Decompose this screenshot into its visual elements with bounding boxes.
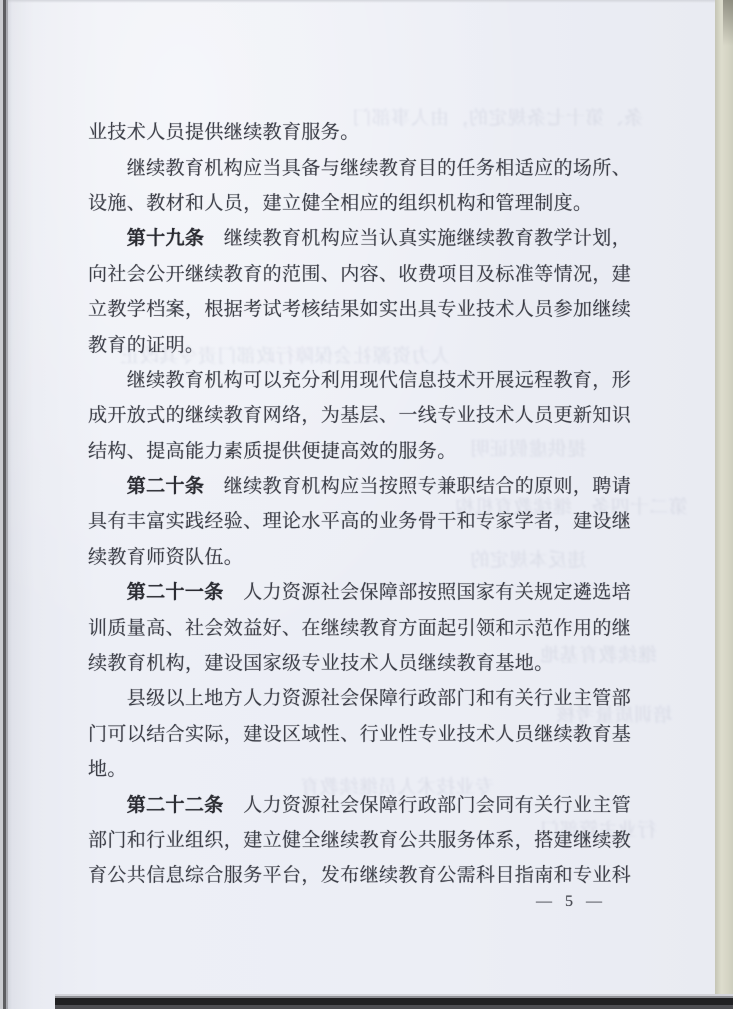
text-line: 续教育机构，建设国家级专业技术人员继续教育基地。 xyxy=(88,644,650,679)
text-line: 第二十二条 人力资源社会保障行政部门会同有关行业主管 xyxy=(88,785,650,820)
scan-left-edge xyxy=(0,0,12,1009)
text-line: 第二十一条 人力资源社会保障部按照国家有关规定遴选培 xyxy=(88,573,650,608)
text-segment: 向社会公开继续教育的范围、内容、收费项目及标准等情况，建 xyxy=(88,259,631,286)
article-heading: 第二十一条 xyxy=(127,577,224,604)
text-segment: 业技术人员提供继续教育服务。 xyxy=(88,117,360,144)
text-segment: 部门和行业组织，建立健全继续教育公共服务体系，搭建继续教 xyxy=(88,825,631,852)
text-segment: 训质量高、社会效益好、在继续教育方面起引领和示范作用的继 xyxy=(88,613,631,640)
text-line: 地。 xyxy=(88,750,650,785)
text-line: 立教学档案，根据考试考核结果如实出具专业技术人员参加继续 xyxy=(88,290,650,325)
text-line: 教育的证明。 xyxy=(88,325,650,360)
text-line: 县级以上地方人力资源社会保障行政部门和有关行业主管部 xyxy=(88,679,650,714)
text-segment: 县级以上地方人力资源社会保障行政部门和有关行业主管部 xyxy=(127,683,631,710)
text-line: 育公共信息综合服务平台，发布继续教育公需科目指南和专业科 xyxy=(88,856,650,891)
text-segment: 地。 xyxy=(88,754,127,781)
text-segment: 成开放式的继续教育网络，为基层、一线专业技术人员更新知识 xyxy=(88,400,631,427)
text-segment: 人力资源社会保障部按照国家有关规定遴选培 xyxy=(224,577,631,604)
text-segment: 教育的证明。 xyxy=(88,330,204,357)
text-segment: 人力资源社会保障行政部门会同有关行业主管 xyxy=(224,790,631,817)
text-line: 训质量高、社会效益好、在继续教育方面起引领和示范作用的继 xyxy=(88,608,650,643)
text-line: 第二十条 继续教育机构应当按照专兼职结合的原则，聘请 xyxy=(88,467,650,502)
text-segment: 续教育师资队伍。 xyxy=(88,542,243,569)
text-segment: 育公共信息综合服务平台，发布继续教育公需科目指南和专业科 xyxy=(88,860,631,887)
text-segment: 门可以结合实际，建设区域性、行业性专业技术人员继续教育基 xyxy=(88,719,631,746)
text-line: 续教育师资队伍。 xyxy=(88,538,650,573)
page-number: — 5 — xyxy=(536,893,607,911)
article-heading: 第二十二条 xyxy=(127,790,224,817)
text-segment: 立教学档案，根据考试考核结果如实出具专业技术人员参加继续 xyxy=(88,294,631,321)
text-line: 门可以结合实际，建设区域性、行业性专业技术人员继续教育基 xyxy=(88,715,650,750)
scan-top-edge xyxy=(0,0,733,3)
text-line: 业技术人员提供继续教育服务。 xyxy=(88,113,650,148)
text-line: 第十九条 继续教育机构应当认真实施继续教育教学计划， xyxy=(88,219,650,254)
text-segment: 续教育机构，建设国家级专业技术人员继续教育基地。 xyxy=(88,648,554,675)
text-segment: 继续教育机构应当认真实施继续教育教学计划， xyxy=(204,223,631,250)
text-segment: 设施、教材和人员，建立健全相应的组织机构和管理制度。 xyxy=(88,188,592,215)
scan-right-corner-shadow xyxy=(723,0,733,46)
text-line: 具有丰富实践经验、理论水平高的业务骨干和专家学者，建设继 xyxy=(88,502,650,537)
text-line: 设施、教材和人员，建立健全相应的组织机构和管理制度。 xyxy=(88,184,650,219)
text-segment: 具有丰富实践经验、理论水平高的业务骨干和专家学者，建设继 xyxy=(88,506,631,533)
scanned-page: 条、第十七条规定的，由人事部门人力资源社会保障行政部门责令其改正提供虚假证明第二… xyxy=(0,0,733,1009)
text-line: 部门和行业组织，建立健全继续教育公共服务体系，搭建继续教 xyxy=(88,821,650,856)
article-heading: 第二十条 xyxy=(127,471,205,498)
text-segment: 结构、提高能力素质提供便捷高效的服务。 xyxy=(88,436,457,463)
text-segment: 继续教育机构可以充分利用现代信息技术开展远程教育，形 xyxy=(127,365,631,392)
article-heading: 第十九条 xyxy=(127,223,205,250)
text-line: 继续教育机构可以充分利用现代信息技术开展远程教育，形 xyxy=(88,361,650,396)
scan-right-margin-strip xyxy=(715,0,733,1009)
text-line: 继续教育机构应当具备与继续教育目的任务相适应的场所、 xyxy=(88,148,650,183)
text-line: 结构、提高能力素质提供便捷高效的服务。 xyxy=(88,432,650,467)
scan-bottom-edge xyxy=(55,994,733,1009)
text-line: 向社会公开继续教育的范围、内容、收费项目及标准等情况，建 xyxy=(88,255,650,290)
text-segment: 继续教育机构应当具备与继续教育目的任务相适应的场所、 xyxy=(127,153,631,180)
text-line: 成开放式的继续教育网络，为基层、一线专业技术人员更新知识 xyxy=(88,396,650,431)
text-segment: 继续教育机构应当按照专兼职结合的原则，聘请 xyxy=(204,471,631,498)
document-text: 业技术人员提供继续教育服务。继续教育机构应当具备与继续教育目的任务相适应的场所、… xyxy=(88,113,650,892)
